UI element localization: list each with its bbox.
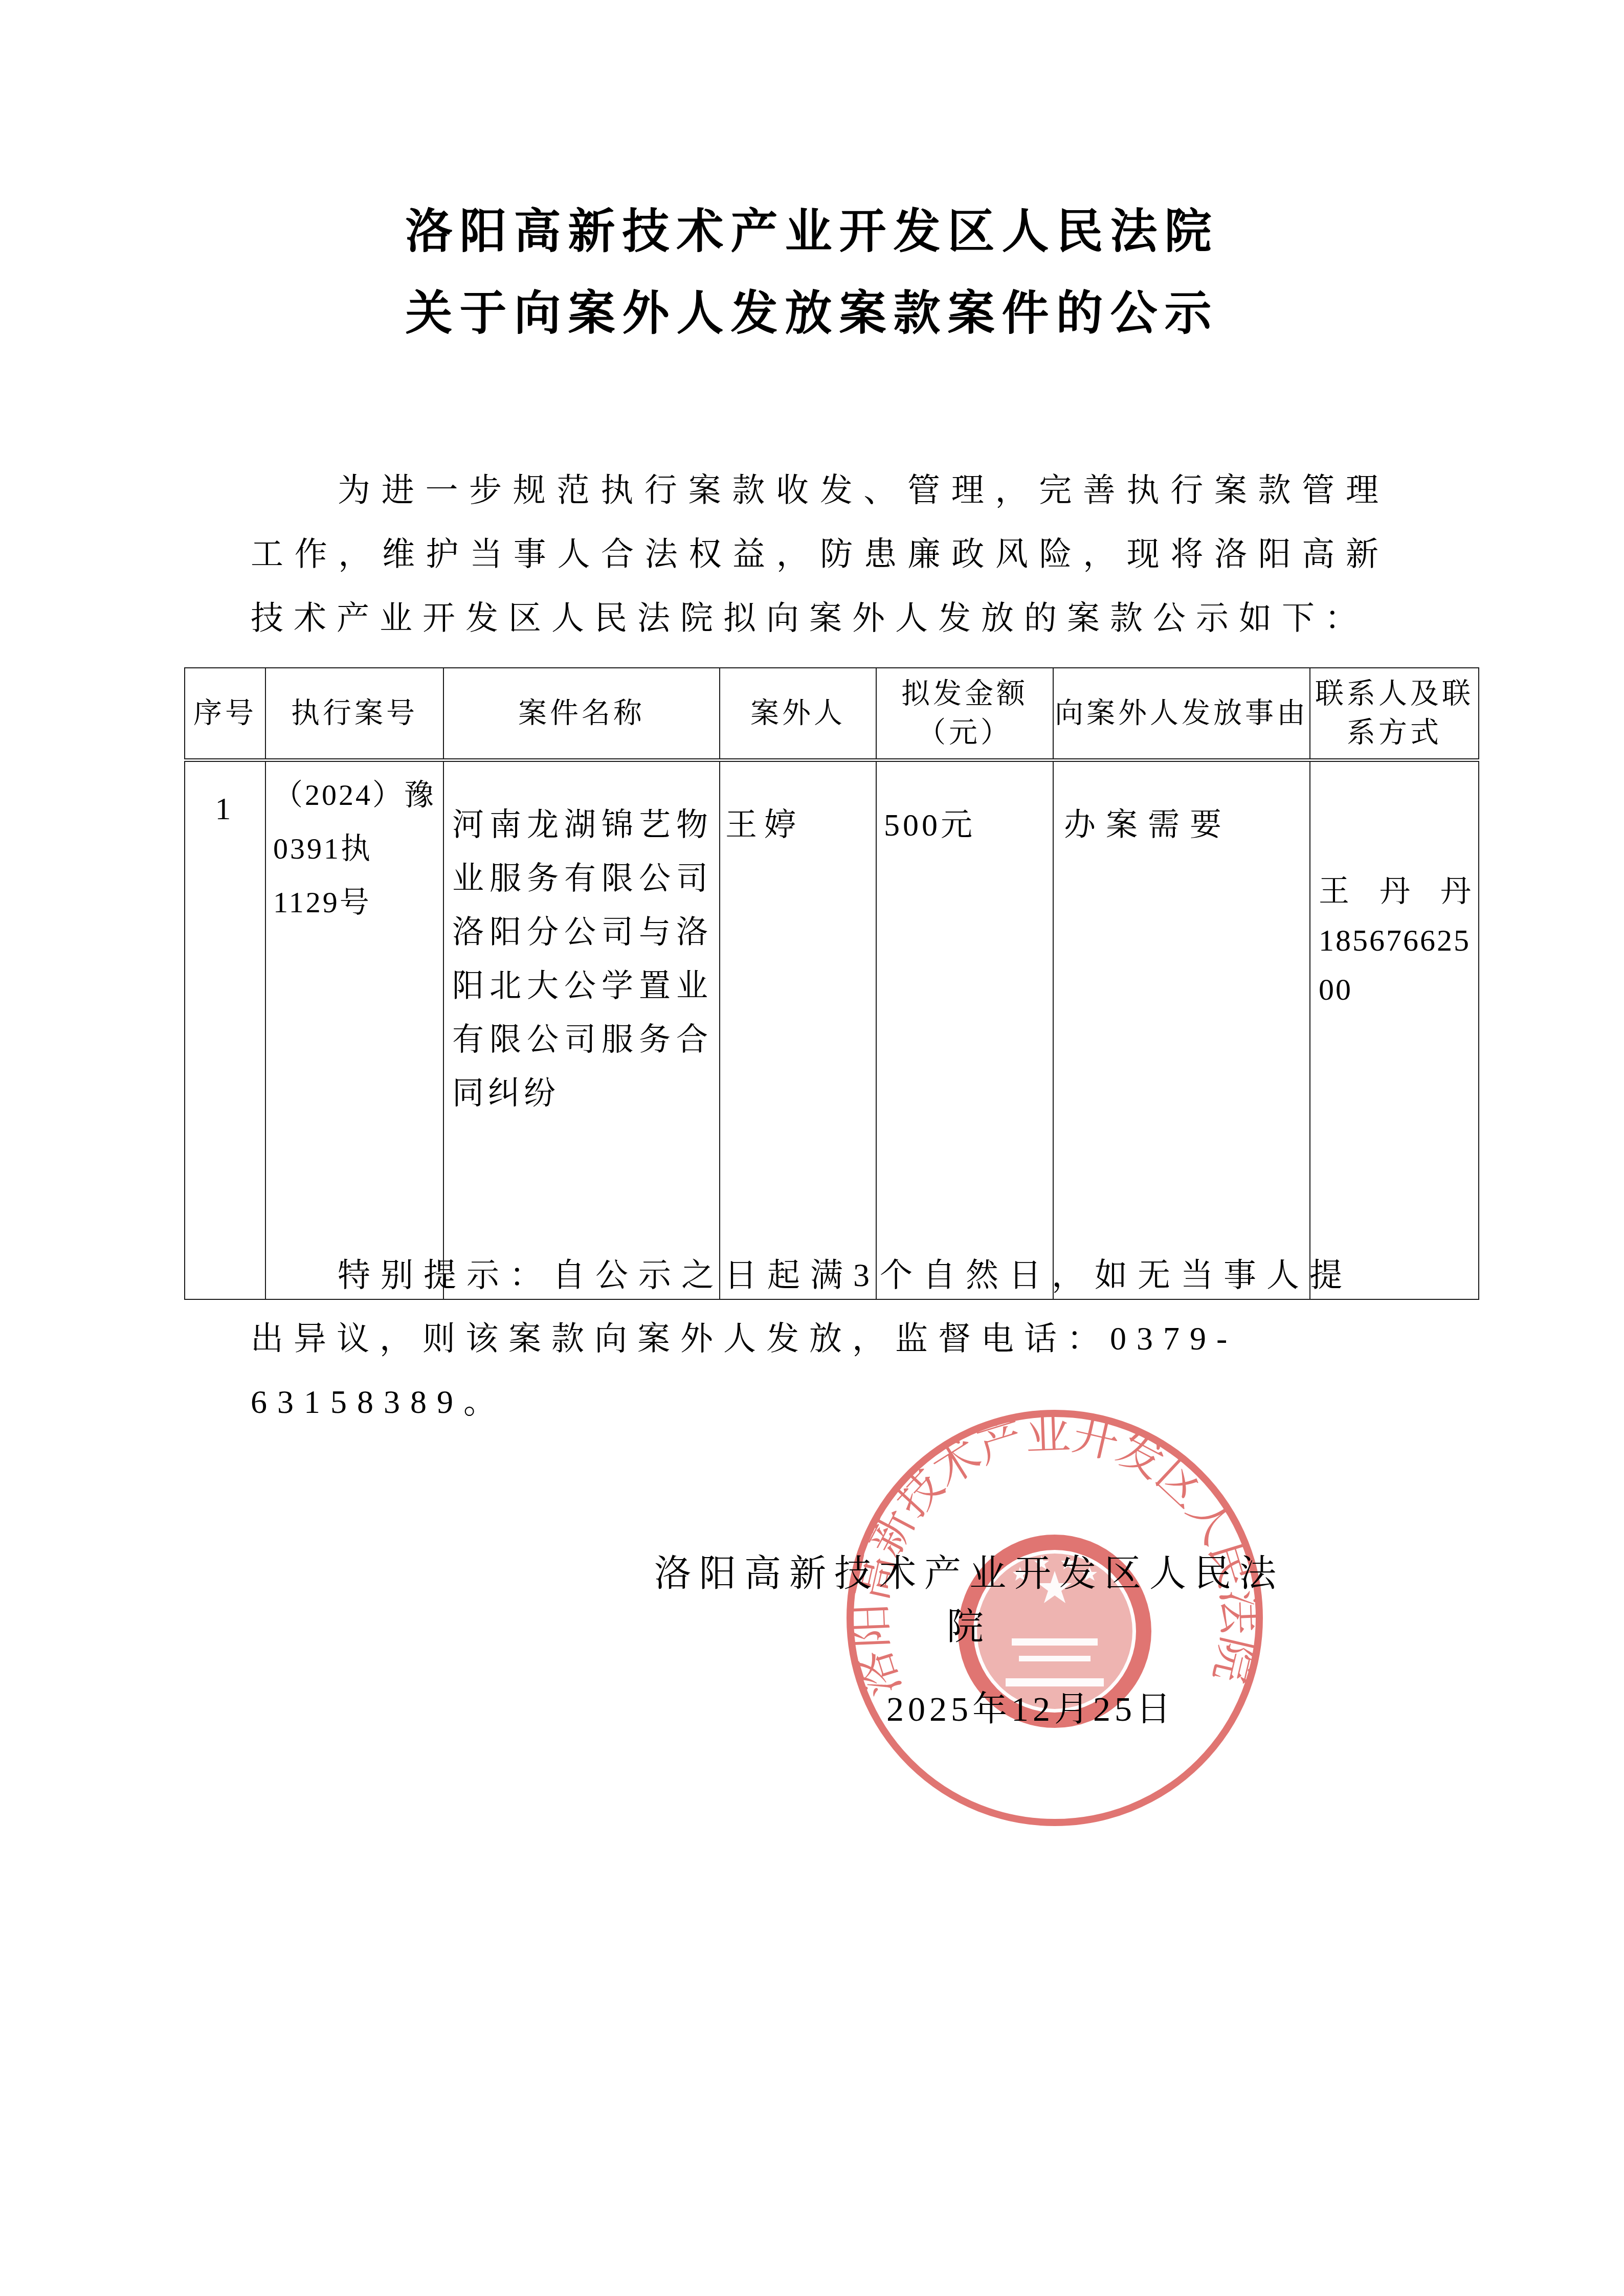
header-contact: 联系人及联系方式 bbox=[1310, 668, 1479, 760]
cell-case-no: （2024）豫0391执1129号 bbox=[265, 760, 443, 1300]
contact-person-name: 王丹丹 bbox=[1319, 867, 1471, 916]
cell-reason: 办案需要 bbox=[1053, 760, 1310, 1300]
intro-paragraph: 为进一步规范执行案款收发、管理，完善执行案款管理工作，维护当事人合法权益，防患廉… bbox=[251, 458, 1389, 650]
table-header-row: 序号 执行案号 案件名称 案外人 拟发金额（元） 向案外人发放事由 联系人及联系… bbox=[185, 668, 1479, 760]
document-title-line2: 关于向案外人发放案款案件的公示 bbox=[0, 285, 1624, 342]
header-case-no: 执行案号 bbox=[265, 668, 443, 760]
cell-amount: 500元 bbox=[876, 760, 1053, 1300]
header-reason: 向案外人发放事由 bbox=[1053, 668, 1310, 760]
contact-phone-number: 18567662500 bbox=[1319, 916, 1471, 1014]
court-announcement-page: { "title": { "line1": "洛阳高新技术产业开发区人民法院",… bbox=[0, 0, 1624, 2296]
case-funds-table: 序号 执行案号 案件名称 案外人 拟发金额（元） 向案外人发放事由 联系人及联系… bbox=[184, 667, 1479, 1300]
header-amount: 拟发金额（元） bbox=[876, 668, 1053, 760]
special-note-line1: 特别提示：自公示之日起满3个自然日，如无当事人提 bbox=[251, 1244, 1407, 1307]
header-outsider: 案外人 bbox=[720, 668, 876, 760]
cell-seq: 1 bbox=[185, 760, 265, 1300]
signature-date: 2025年12月25日 bbox=[772, 1681, 1289, 1731]
announcement-table: 序号 执行案号 案件名称 案外人 拟发金额（元） 向案外人发放事由 联系人及联系… bbox=[184, 667, 1479, 1300]
header-case-name: 案件名称 bbox=[443, 668, 720, 760]
signature-court-name: 洛阳高新技术产业开发区人民法院 bbox=[639, 1543, 1299, 1650]
table-row: 1 （2024）豫0391执1129号 河南龙湖锦艺物业服务有限公司洛阳分公司与… bbox=[185, 760, 1479, 1300]
cell-case-name: 河南龙湖锦艺物业服务有限公司洛阳分公司与洛阳北大公学置业有限公司服务合同纠纷 bbox=[443, 760, 720, 1300]
document-title-line1: 洛阳高新技术产业开发区人民法院 bbox=[0, 204, 1624, 260]
cell-outsider: 王婷 bbox=[720, 760, 876, 1300]
header-seq: 序号 bbox=[185, 668, 265, 760]
cell-contact: 王丹丹 18567662500 bbox=[1310, 760, 1479, 1300]
emblem-gate-band bbox=[1019, 1656, 1091, 1661]
